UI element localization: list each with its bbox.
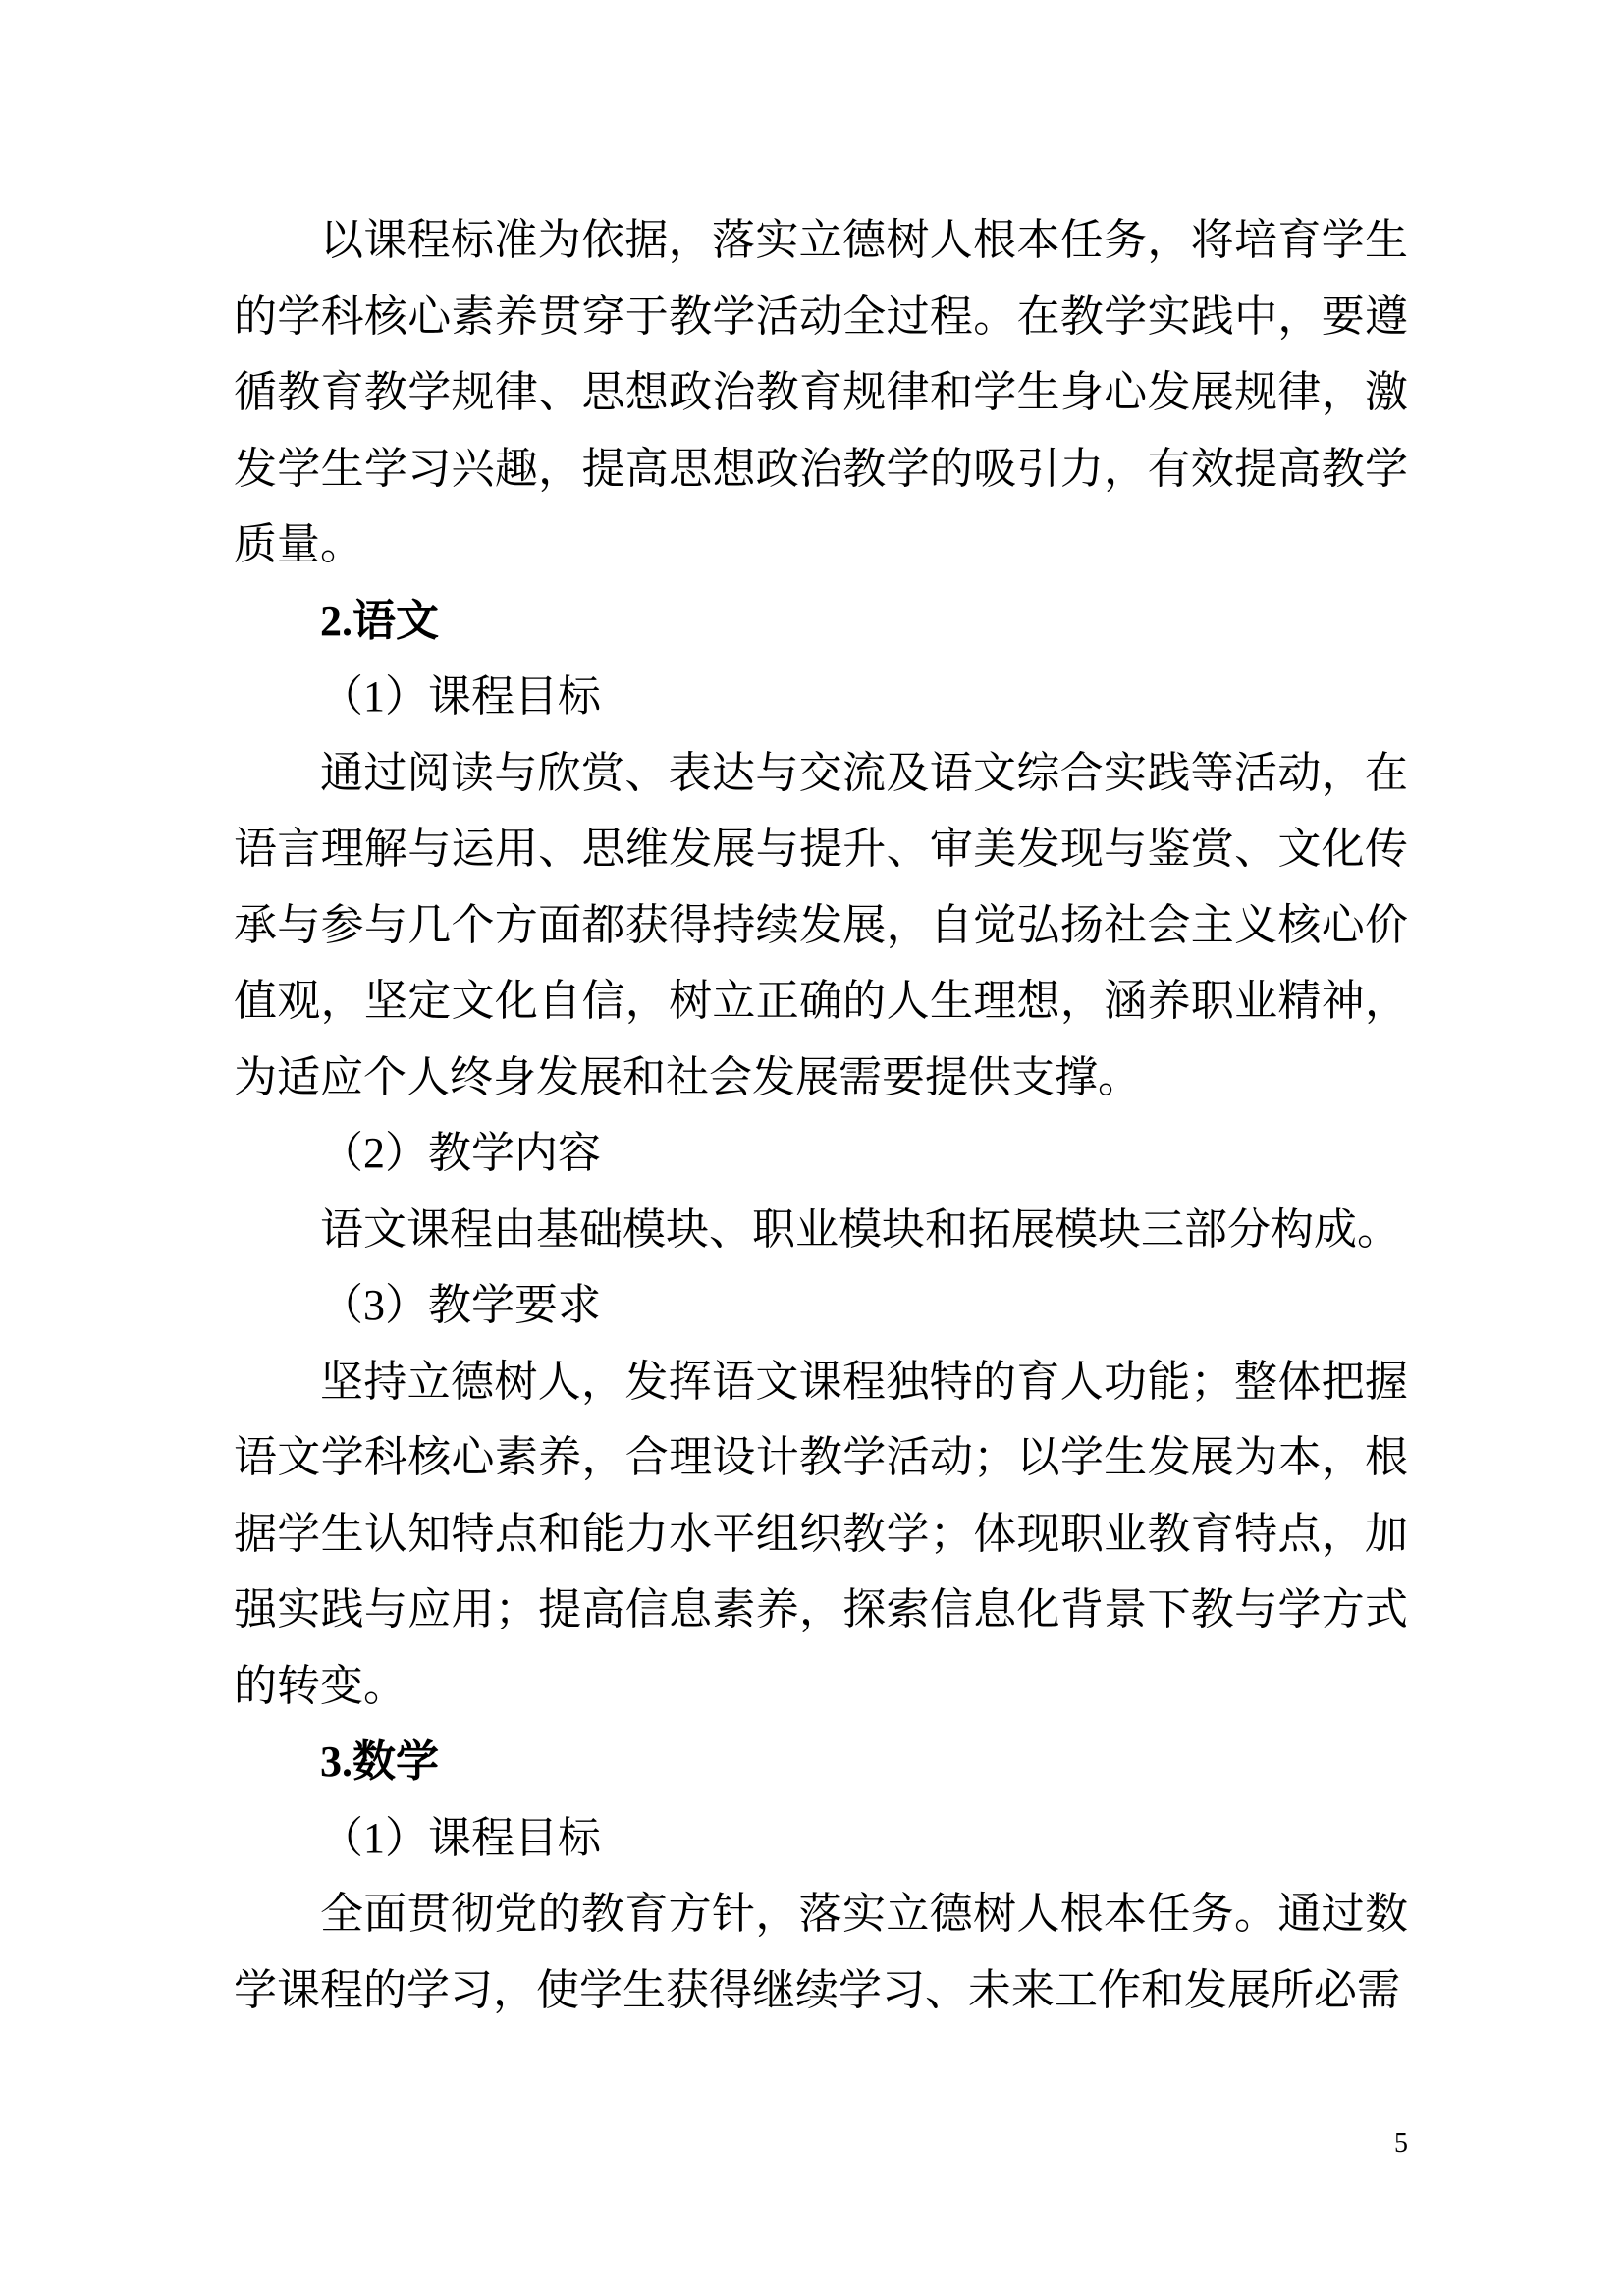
section-heading-chinese: 2.语文: [234, 583, 1408, 660]
page-number: 5: [234, 2128, 1408, 2160]
paragraph-math-objectives: 全面贯彻党的教育方针，落实立德树人根本任务。通过数学课程的学习，使学生获得继续学…: [234, 1876, 1408, 2028]
paragraph-policy-overview: 以课程标准为依据，落实立德树人根本任务，将培育学生的学科核心素养贯穿于教学活动全…: [234, 202, 1408, 583]
subheading-teaching-requirements: （3）教学要求: [234, 1267, 1408, 1344]
subheading-course-objectives-2: （1）课程目标: [234, 1800, 1408, 1877]
paragraph-chinese-modules: 语文课程由基础模块、职业模块和拓展模块三部分构成。: [234, 1192, 1408, 1268]
subheading-teaching-content: （2）教学内容: [234, 1115, 1408, 1192]
document-text-block: 以课程标准为依据，落实立德树人根本任务，将培育学生的学科核心素养贯穿于教学活动全…: [234, 202, 1408, 2028]
paragraph-chinese-objectives: 通过阅读与欣赏、表达与交流及语文综合实践等活动，在语言理解与运用、思维发展与提升…: [234, 735, 1408, 1116]
paragraph-chinese-requirements: 坚持立德树人，发挥语文课程独特的育人功能；整体把握语文学科核心素养，合理设计教学…: [234, 1344, 1408, 1725]
section-heading-math: 3.数学: [234, 1724, 1408, 1800]
subheading-course-objectives-1: （1）课程目标: [234, 659, 1408, 735]
document-page: 以课程标准为依据，落实立德树人根本任务，将培育学生的学科核心素养贯穿于教学活动全…: [0, 0, 1624, 2296]
